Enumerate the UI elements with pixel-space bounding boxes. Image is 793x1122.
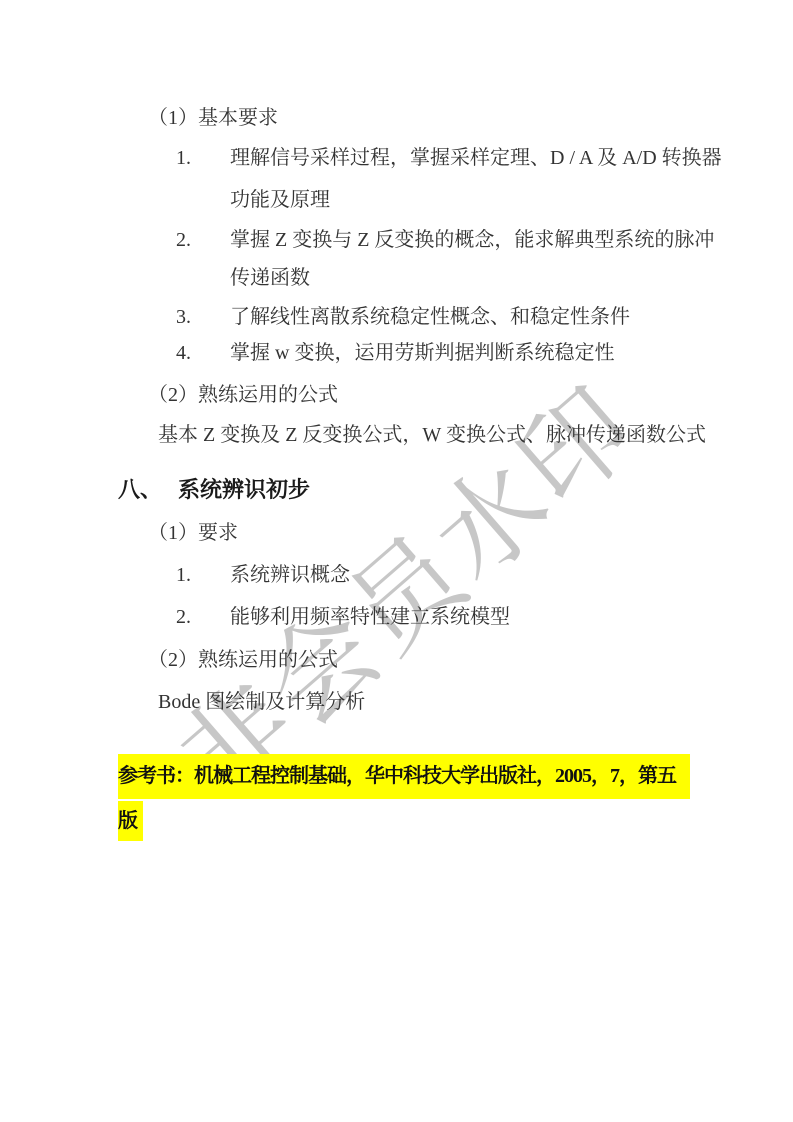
document-page: 非会员水印 （1）基本要求 1. 理解信号采样过程，掌握采样定理、D / A 及…: [0, 0, 793, 1122]
list-item-number: 2.: [176, 597, 191, 637]
chapter-heading: 八、 系统辨识初步: [0, 470, 793, 510]
section-label-text: （1）要求: [148, 513, 238, 553]
list-item-text: 掌握 Z 变换与 Z 反变换的概念，能求解典型系统的脉冲: [230, 220, 714, 260]
list-item-continuation-text: 传递函数: [230, 258, 310, 298]
section-label-text: （2）熟练运用的公式: [148, 640, 338, 680]
list-item-number: 1.: [176, 555, 191, 595]
section-label: （2）熟练运用的公式: [0, 640, 793, 680]
section-label: （1）要求: [0, 513, 793, 553]
reference-line-1: 参考书：机械工程控制基础，华中科技大学出版社，2005，7，第五: [118, 754, 690, 799]
list-item-number: 3.: [176, 297, 191, 337]
list-item-number: 4.: [176, 333, 191, 373]
list-item: 1. 系统辨识概念: [0, 555, 793, 595]
list-item: 3. 了解线性离散系统稳定性概念、和稳定性条件: [0, 297, 793, 337]
list-item-text: 理解信号采样过程，掌握采样定理、D / A 及 A/D 转换器: [230, 138, 722, 178]
list-item-text: 能够利用频率特性建立系统模型: [230, 597, 510, 637]
reference-line-2: 版: [118, 801, 143, 841]
section-label-text: （2）熟练运用的公式: [148, 375, 338, 415]
list-item-text: 系统辨识概念: [230, 555, 350, 595]
list-item: 4. 掌握 w 变换，运用劳斯判据判断系统稳定性: [0, 333, 793, 373]
paragraph: 基本 Z 变换及 Z 反变换公式，W 变换公式、脉冲传递函数公式: [0, 415, 793, 455]
list-item-number: 2.: [176, 220, 191, 260]
section-label: （1）基本要求: [0, 98, 793, 138]
list-item-text: 了解线性离散系统稳定性概念、和稳定性条件: [230, 297, 630, 337]
list-item: 2. 掌握 Z 变换与 Z 反变换的概念，能求解典型系统的脉冲: [0, 220, 793, 260]
list-item-continuation: 功能及原理: [0, 180, 793, 220]
paragraph-text: 基本 Z 变换及 Z 反变换公式，W 变换公式、脉冲传递函数公式: [158, 415, 706, 455]
list-item-number: 1.: [176, 138, 191, 178]
reference-highlight-text: 版: [118, 801, 143, 841]
section-label-text: （1）基本要求: [148, 98, 278, 138]
list-item-continuation-text: 功能及原理: [230, 180, 330, 220]
section-label: （2）熟练运用的公式: [0, 375, 793, 415]
paragraph: Bode 图绘制及计算分析: [0, 682, 793, 722]
list-item: 2. 能够利用频率特性建立系统模型: [0, 597, 793, 637]
list-item-continuation: 传递函数: [0, 258, 793, 298]
list-item-text: 掌握 w 变换，运用劳斯判据判断系统稳定性: [230, 333, 614, 373]
chapter-heading-number: 八、: [118, 470, 162, 510]
chapter-heading-text: 系统辨识初步: [178, 470, 310, 510]
reference-highlight-text: 参考书：机械工程控制基础，华中科技大学出版社，2005，7，第五: [118, 754, 690, 799]
paragraph-text: Bode 图绘制及计算分析: [158, 682, 365, 722]
list-item: 1. 理解信号采样过程，掌握采样定理、D / A 及 A/D 转换器: [0, 138, 793, 178]
